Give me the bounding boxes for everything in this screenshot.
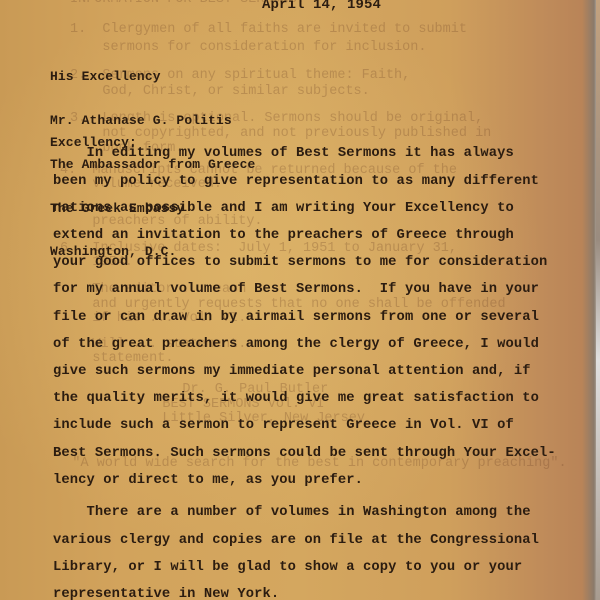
address-line: Mr. Athanase G. Politis bbox=[50, 114, 255, 129]
body-line: extend an invitation to the preachers of… bbox=[53, 228, 514, 243]
body-line: Best Sermons. Such sermons could be sent… bbox=[53, 446, 556, 461]
body-line: representative in New York. bbox=[53, 587, 279, 600]
body-line: give such sermons my immediate personal … bbox=[53, 364, 531, 379]
body-line: include such a sermon to represent Greec… bbox=[53, 418, 514, 433]
body-line: Library, or I will be glad to show a cop… bbox=[53, 560, 522, 575]
letter-date: April 14, 1954 bbox=[262, 0, 381, 13]
body-line: been my policy to give representation to… bbox=[53, 174, 539, 189]
body-line: of the great preachers among the clergy … bbox=[53, 337, 539, 352]
body-line: various clergy and copies are on file at… bbox=[53, 533, 539, 548]
body-line: your good offices to submit sermons to m… bbox=[53, 255, 547, 270]
body-line: file or can draw in by airmail sermons f… bbox=[53, 310, 539, 325]
body-line: There are a number of volumes in Washing… bbox=[53, 505, 531, 520]
body-line: lency or direct to me, as you prefer. bbox=[53, 473, 363, 488]
body-line: for my annual volume of Best Sermons. If… bbox=[53, 282, 539, 297]
body-line: the quality merits, it would give me gre… bbox=[53, 391, 539, 406]
body-line: nations as possible and I am writing You… bbox=[53, 201, 514, 216]
body-line: In editing my volumes of Best Sermons it… bbox=[53, 146, 514, 161]
page-edge bbox=[596, 0, 600, 600]
address-line: His Excellency bbox=[50, 70, 255, 85]
